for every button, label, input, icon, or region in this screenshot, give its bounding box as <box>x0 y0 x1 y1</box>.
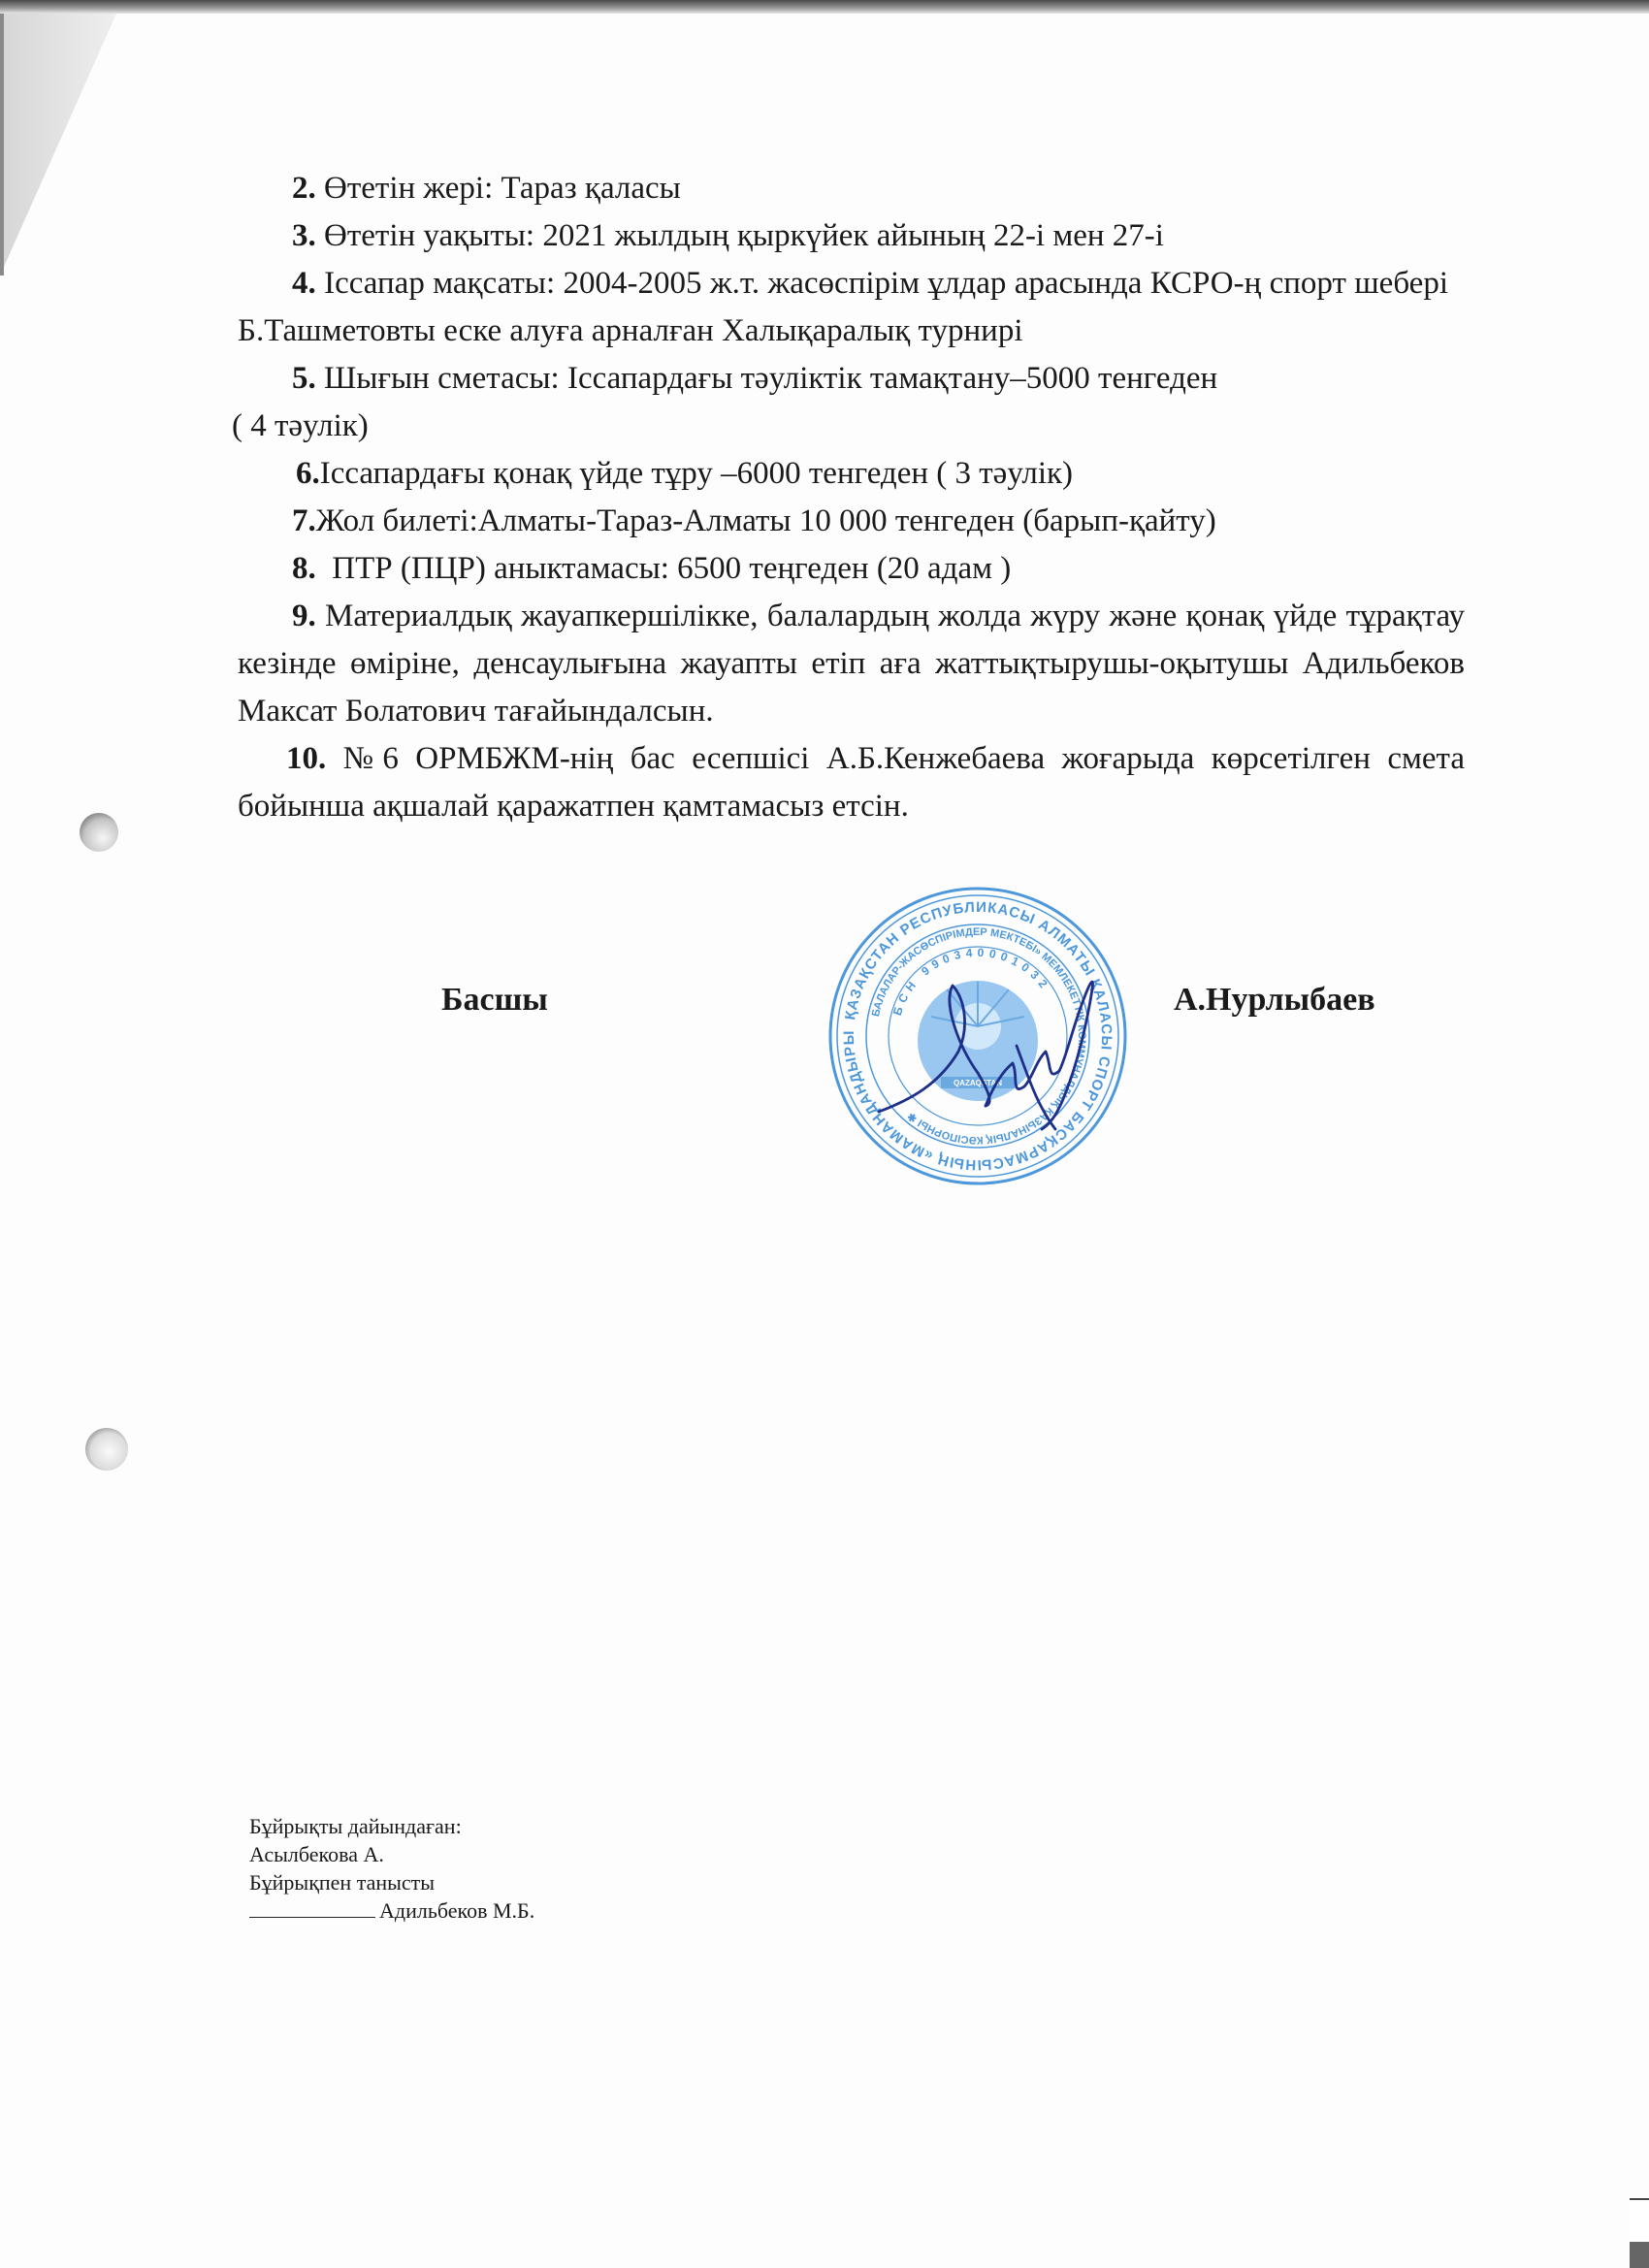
scan-folded-corner <box>0 14 116 275</box>
acknowledged-label: Бұйрықпен танысты <box>249 1868 534 1896</box>
item-6: 6.Іссапардағы қонақ үйде тұру –6000 тенг… <box>238 450 1465 498</box>
acknowledged-by-name: Адильбеков М.Б. <box>379 1898 534 1923</box>
official-stamp-icon: ҚАЗАҚСТАН РЕСПУБЛИКАСЫ АЛМАТЫ ҚАЛАСЫ СПО… <box>823 881 1133 1191</box>
punch-hole-icon <box>80 813 118 852</box>
item-7: 7.Жол билеті:Алматы-Тараз-Алматы 10 000 … <box>238 498 1465 545</box>
item-8: 8. ПТР (ПЦР) аныктамасы: 6500 теңгеден (… <box>238 545 1465 593</box>
scan-top-edge <box>0 0 1649 14</box>
scan-bottom-right-edge <box>1630 2198 1649 2268</box>
item-4: 4. Іссапар мақсаты: 2004-2005 ж.т. жасөс… <box>238 260 1448 355</box>
item-10: 10. №6 ОРМБЖМ-нің бас есепшісі А.Б.Кенже… <box>238 735 1465 830</box>
acknowledged-row: Адильбеков М.Б. <box>249 1896 534 1925</box>
item-5: 5. Шығын сметасы: Іссапардағы тәуліктік … <box>238 355 1402 403</box>
punch-hole-icon <box>85 1428 128 1471</box>
order-footer: Бұйрықты дайындаған: Асылбекова А. Бұйры… <box>249 1812 534 1925</box>
signature-line <box>249 1899 375 1918</box>
scan-left-edge <box>0 14 4 275</box>
prepared-by-name: Асылбекова А. <box>249 1840 534 1868</box>
item-5-continuation: ( 4 тәулік) <box>232 403 1465 450</box>
prepared-by-label: Бұйрықты дайындаған: <box>249 1812 534 1840</box>
signatory-title: Басшы <box>441 982 548 1019</box>
signatory-name: А.Нурлыбаев <box>1174 982 1375 1019</box>
item-3: 3. Өтетін уақыты: 2021 жылдың қыркүйек а… <box>238 212 1465 260</box>
item-2: 2. Өтетін жері: Тараз қаласы <box>238 165 1465 212</box>
order-body: 2. Өтетін жері: Тараз қаласы 3. Өтетін у… <box>238 165 1465 830</box>
item-9: 9. Материалдық жауапкершілікке, балалард… <box>238 593 1465 735</box>
